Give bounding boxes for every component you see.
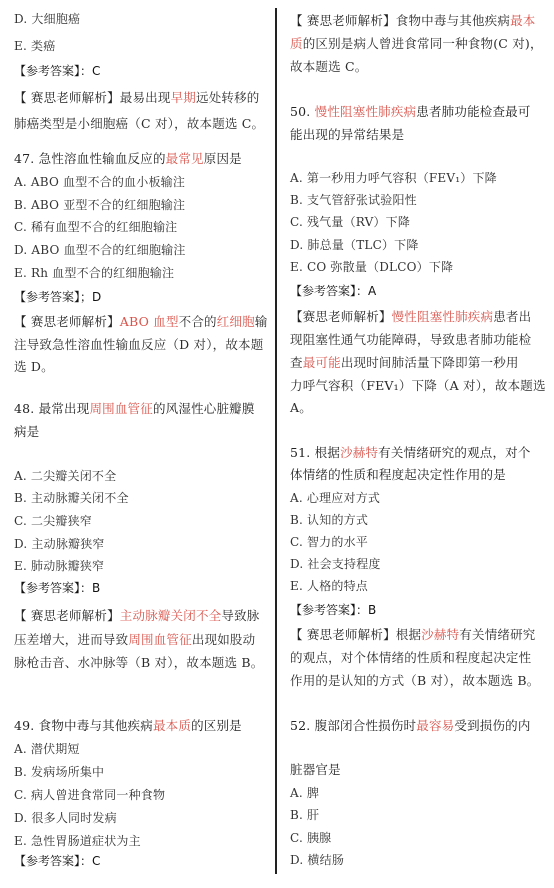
- highlight: 慢性阻塞性肺疾病: [315, 104, 417, 119]
- q47-option-a: A. ABO 血型不合的血小板输注: [14, 174, 185, 190]
- question-48-stem-line2: 病是: [14, 424, 39, 440]
- highlight: 最常见: [166, 151, 204, 166]
- q52-option-d: D. 横结肠: [290, 852, 344, 868]
- highlight: 最本质: [153, 718, 191, 733]
- q52-option-a: A. 脾: [290, 785, 319, 801]
- explanation-tag: 【 赛思老师解析】: [290, 13, 396, 28]
- highlight: ABO 血型: [120, 314, 179, 329]
- q48-option-e: E. 肺动脉瓣狭窄: [14, 558, 104, 574]
- explanation-q49-line1: 【 赛思老师解析】食物中毒与其他疾病最本: [290, 13, 536, 29]
- highlight: 周围血管征: [89, 401, 153, 416]
- q50-option-d: D. 肺总量（TLC）下降: [290, 237, 419, 253]
- explanation-tag: 【 赛思老师解析】: [14, 90, 120, 105]
- question-48-stem: 48. 最常出现周围血管征的风湿性心脏瓣膜: [14, 401, 255, 417]
- column-divider: [275, 8, 277, 874]
- answer-q48: 【参考答案】：B: [14, 580, 100, 596]
- q49-option-c: C. 病人曾进食常同一种食物: [14, 787, 165, 803]
- explanation-q50-line3: 查最可能出现时间肺活量下降即第一秒用: [290, 355, 519, 371]
- q49-option-e: E. 急性胃肠道症状为主: [14, 833, 141, 849]
- explanation-q50-line2: 现阻塞性通气功能障碍，导致患者肺功能检: [290, 332, 531, 348]
- explanation-tag: 【赛思老师解析】: [290, 309, 392, 324]
- highlight: 慢性阻塞性肺疾病: [392, 309, 494, 324]
- explanation-q48-line3: 脉枪击音、水冲脉等（B 对），故本题选 B。: [14, 655, 263, 671]
- question-47-stem: 47. 急性溶血性输血反应的最常见原因是: [14, 151, 242, 167]
- highlight: 沙赫特: [340, 445, 378, 460]
- q51-option-c: C. 智力的水平: [290, 534, 368, 550]
- explanation-q46-line1: 【 赛思老师解析】最易出现早期远处转移的: [14, 90, 260, 106]
- q47-option-d: D. ABO 血型不合的红细胞输注: [14, 242, 186, 258]
- q49-option-a: A. 潜伏期短: [14, 741, 80, 757]
- q49-option-b: B. 发病场所集中: [14, 764, 104, 780]
- question-49-stem: 49. 食物中毒与其他疾病最本质的区别是: [14, 718, 242, 734]
- question-51-stem: 51. 根据沙赫特有关情绪研究的观点，对个: [290, 445, 531, 461]
- answer-q47: 【参考答案】；D: [14, 289, 101, 305]
- highlight: 主动脉瓣关闭不全: [120, 608, 222, 623]
- explanation-q51-line3: 作用的是认知的方式（B 对），故本题选 B。: [290, 673, 539, 689]
- explanation-q51-line1: 【 赛思老师解析】根据沙赫特有关情绪研究: [290, 627, 536, 643]
- q51-option-e: E. 人格的特点: [290, 578, 368, 594]
- explanation-q46-line2: 肺癌类型是小细胞癌（C 对），故本题选 C。: [14, 116, 264, 132]
- explanation-q51-line2: 的观点，对个体情绪的性质和程度起决定性: [290, 650, 531, 666]
- question-52-stem: 52. 腹部闭合性损伤时最容易受到损伤的内: [290, 718, 531, 734]
- q47-option-e: E. Rh 血型不合的红细胞输注: [14, 265, 174, 281]
- highlight: 周围血管征: [128, 632, 192, 647]
- highlight: 沙赫特: [421, 627, 459, 642]
- q52-option-b: B. 肝: [290, 807, 319, 823]
- question-50-stem: 50. 慢性阻塞性肺疾病患者肺功能检查最可: [290, 104, 531, 120]
- q51-option-a: A. 心理应对方式: [290, 490, 380, 506]
- highlight: 质: [290, 36, 303, 51]
- q48-option-d: D. 主动脉瓣狭窄: [14, 536, 105, 552]
- option-e: E. 类癌: [14, 38, 55, 54]
- q49-option-d: D. 很多人同时发病: [14, 810, 117, 826]
- explanation-q49-line2: 质的区别是病人曾进食常同一种食物(C 对)，: [290, 36, 543, 52]
- q50-option-b: B. 支气管舒张试验阳性: [290, 192, 417, 208]
- highlight: 最容易: [416, 718, 454, 733]
- question-50-stem-line2: 能出现的异常结果是: [290, 127, 404, 143]
- q51-option-d: D. 社会支持程度: [290, 556, 381, 572]
- explanation-q48-line2: 压差增大，进而导致周围血管征出现如股动: [14, 632, 255, 648]
- q48-option-b: B. 主动脉瓣关闭不全: [14, 490, 129, 506]
- q48-option-c: C. 二尖瓣狭窄: [14, 513, 92, 529]
- q50-option-c: C. 残气量（RV）下降: [290, 214, 410, 230]
- q50-option-e: E. CO 弥散量（DLCO）下降: [290, 259, 453, 275]
- explanation-q47-line1: 【 赛思老师解析】ABO 血型不合的红细胞输: [14, 314, 268, 330]
- option-d: D. 大细胞癌: [14, 11, 80, 27]
- explanation-q49-line3: 故本题选 C。: [290, 59, 367, 75]
- explanation-q48-line1: 【 赛思老师解析】主动脉瓣关闭不全导致脉: [14, 608, 260, 624]
- explanation-q50-line1: 【赛思老师解析】慢性阻塞性肺疾病患者出: [290, 309, 531, 325]
- answer-q49: 【参考答案】：C: [14, 853, 100, 869]
- explanation-q47-line2: 注导致急性溶血性输血反应（D 对），故本题: [14, 337, 263, 353]
- q50-option-a: A. 第一秒用力呼气容积（FEV₁）下降: [290, 170, 497, 186]
- highlight: 早期: [171, 90, 196, 105]
- answer-q51: 【参考答案】：B: [290, 602, 376, 618]
- answer-q50: 【参考答案】：A: [290, 283, 376, 299]
- q47-option-b: B. ABO 亚型不合的红细胞输注: [14, 197, 185, 213]
- explanation-tag: 【 赛思老师解析】: [14, 608, 120, 623]
- explanation-tag: 【 赛思老师解析】: [14, 314, 120, 329]
- explanation-tag: 【 赛思老师解析】: [290, 627, 396, 642]
- explanation-q50-line4: 力呼气容积（FEV₁）下降（A 对），故本题选: [290, 378, 546, 394]
- explanation-q50-line5: A。: [290, 400, 312, 416]
- question-51-stem-line2: 体情绪的性质和程度起决定性作用的是: [290, 467, 506, 483]
- q51-option-b: B. 认知的方式: [290, 512, 368, 528]
- answer-q46: 【参考答案】：C: [14, 63, 100, 79]
- explanation-q47-line3: 选 D。: [14, 359, 54, 375]
- highlight: 红细胞: [217, 314, 255, 329]
- q48-option-a: A. 二尖瓣关闭不全: [14, 468, 116, 484]
- highlight: 最本: [510, 13, 535, 28]
- highlight: 最可能: [303, 355, 341, 370]
- q47-option-c: C. 稀有血型不合的红细胞输注: [14, 219, 177, 235]
- question-52-stem-line2: 脏器官是: [290, 762, 341, 778]
- q52-option-c: C. 胰腺: [290, 830, 331, 846]
